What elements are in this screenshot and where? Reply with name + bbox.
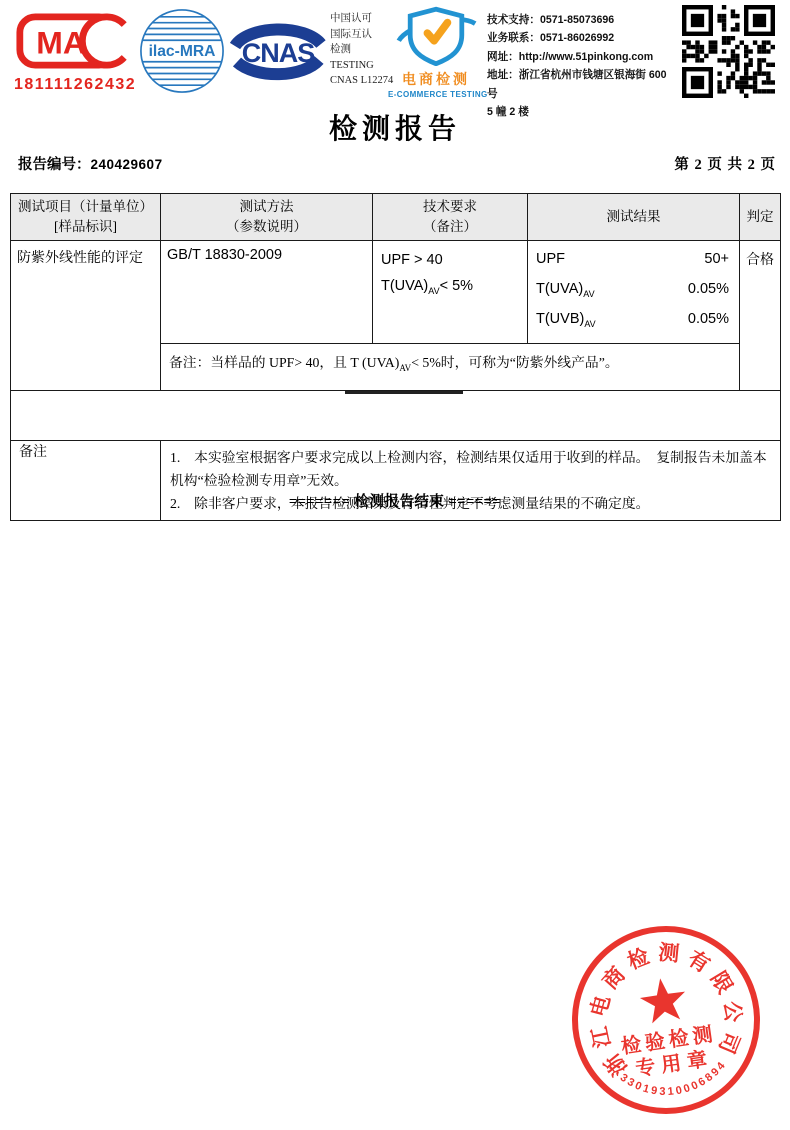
header-test-item: 测试项目（计量单位） [样品标识] xyxy=(11,194,161,241)
contact-line-business: 业务联系：0571-86026992 xyxy=(487,29,677,47)
remark-item: 1. 本实验室根据客户要求完成以上检测内容，检测结果仅适用于收到的样品。 复制报… xyxy=(170,446,771,492)
cma-ma-text: MA xyxy=(36,25,86,61)
header-verdict: 判定 xyxy=(740,194,781,241)
result-line: T(UVB)AV0.05% xyxy=(536,307,729,337)
header-test-result: 测试结果 xyxy=(528,194,740,241)
shield-check-icon xyxy=(393,6,479,66)
table-data-row: 防紫外线性能的评定 GB/T 18830-2009 UPF > 40 T(UVA… xyxy=(11,241,781,344)
table-empty-row xyxy=(11,390,781,440)
report-header: MA 181111262432 ilac-MRA CNAS 中国认可 国际互认 … xyxy=(0,0,790,106)
table-header-row: 测试项目（计量单位） [样品标识] 测试方法 （参数说明） 技术要求 （备注） … xyxy=(11,194,781,241)
cell-test-method: GB/T 18830-2009 xyxy=(161,241,373,344)
cma-certificate-number: 181111262432 xyxy=(14,76,132,94)
accreditation-line: 中国认可 xyxy=(330,11,393,27)
contact-line-website: 网址：http://www.51pinkong.com xyxy=(487,48,677,66)
results-table: 测试项目（计量单位） [样品标识] 测试方法 （参数说明） 技术要求 （备注） … xyxy=(10,193,781,521)
page-indicator: 第 2 页 共 2 页 xyxy=(674,153,776,174)
contact-line-address: 地址：浙江省杭州市钱塘区银海街 600 号 xyxy=(487,66,677,103)
contact-info: 技术支持：0571-85073696 业务联系：0571-86026992 网址… xyxy=(487,11,677,121)
result-line: T(UVA)AV0.05% xyxy=(536,277,729,307)
ecommerce-en-label: E-COMMERCE TESTING xyxy=(388,90,484,99)
accreditation-line: CNAS L12274 xyxy=(330,73,393,89)
cell-technical-requirement: UPF > 40 T(UVA)AV< 5% xyxy=(373,241,528,344)
ecommerce-testing-logo: 电商检测 E-COMMERCE TESTING xyxy=(388,6,484,99)
contact-line-tech-support: 技术支持：0571-85073696 xyxy=(487,11,677,29)
header-technical-requirement: 技术要求 （备注） xyxy=(373,194,528,241)
report-number-value: 240429607 xyxy=(91,157,163,172)
cma-mark-icon: MA xyxy=(14,12,132,70)
report-page: MA 181111262432 ilac-MRA CNAS 中国认可 国际互认 … xyxy=(0,0,790,1130)
cell-test-result: UPF50+ T(UVA)AV0.05% T(UVB)AV0.05% xyxy=(528,241,740,344)
report-end-line: ======= 检测报告结束 ====== xyxy=(0,490,790,511)
accreditation-line: TESTING xyxy=(330,58,393,74)
report-title: 检测报告 xyxy=(0,107,790,147)
accreditation-line: 检测 xyxy=(330,42,393,58)
ilac-mra-logo-icon: ilac-MRA xyxy=(138,7,226,95)
company-seal: 浙江电商检测有限公司 检验检测 专用章 33019310006894 xyxy=(566,920,766,1120)
accreditation-text: 中国认可 国际互认 检测 TESTING CNAS L12274 xyxy=(330,11,393,89)
report-meta: 报告编号：240429607 第 2 页 共 2 页 xyxy=(18,153,776,174)
cell-verdict: 合格 xyxy=(740,241,781,391)
cell-test-item: 防紫外线性能的评定 xyxy=(11,241,161,391)
report-number-label: 报告编号： xyxy=(18,157,91,173)
signature-line xyxy=(345,391,463,395)
cma-logo: MA 181111262432 xyxy=(14,12,132,94)
qr-code xyxy=(682,5,775,98)
header-test-method: 测试方法 （参数说明） xyxy=(161,194,373,241)
report-number: 报告编号：240429607 xyxy=(18,153,163,174)
cell-note: 备注：当样品的 UPF> 40，且 T (UVA)AV< 5%时，可称为“防紫外… xyxy=(161,343,740,390)
cnas-logo-icon: CNAS xyxy=(228,16,328,88)
cnas-text: CNAS xyxy=(242,38,315,68)
accreditation-line: 国际互认 xyxy=(330,27,393,43)
result-line: UPF50+ xyxy=(536,247,729,277)
ecommerce-cn-label: 电商检测 xyxy=(388,69,484,89)
ilac-mra-text: ilac-MRA xyxy=(149,43,216,60)
seal-star-icon xyxy=(638,975,689,1024)
